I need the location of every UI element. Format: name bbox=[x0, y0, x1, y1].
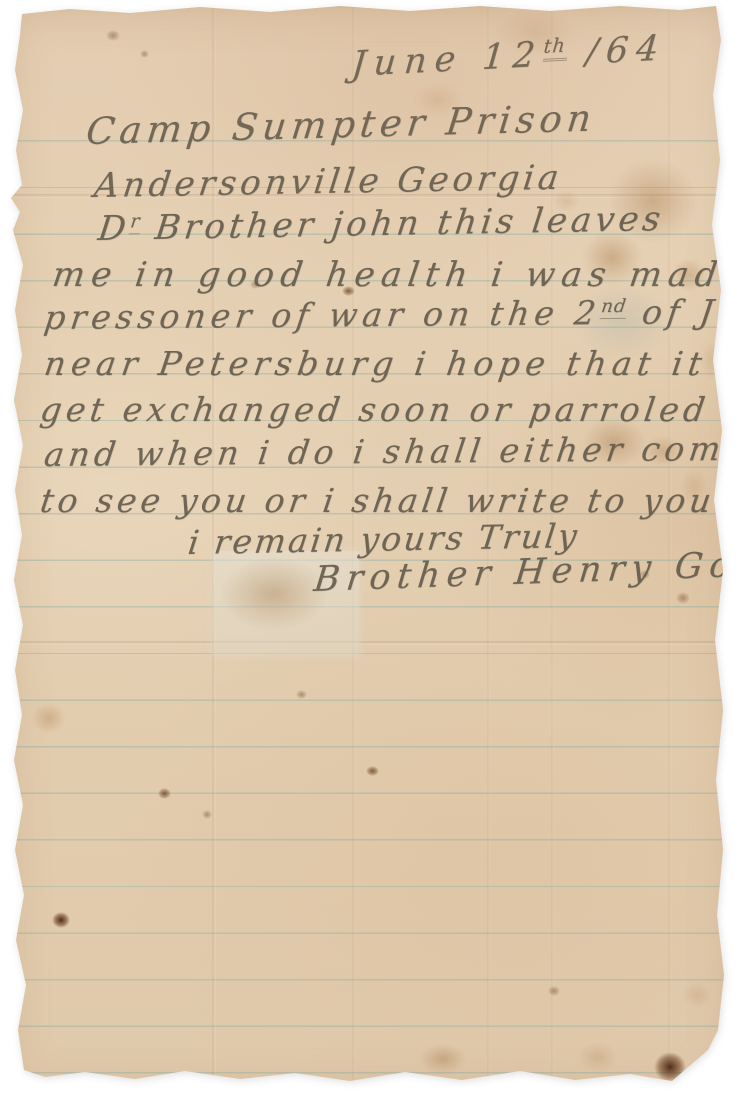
text-tail: Brother john this leaves bbox=[138, 199, 666, 248]
letter-line-body-7: to see you or i shall write to you bbox=[38, 483, 717, 519]
body-text: to see you or i shall write to you bbox=[38, 481, 718, 520]
stain bbox=[578, 1042, 618, 1072]
stain bbox=[202, 810, 212, 819]
stain bbox=[654, 1052, 686, 1082]
letter-line-heading-camp: Camp Sumpter Prison bbox=[84, 99, 598, 153]
fold-crease-horizontal bbox=[0, 641, 739, 645]
body-text: and when i do i shall either come bbox=[42, 429, 739, 474]
date-ordinal-superscript: th bbox=[542, 34, 568, 62]
body-text: D bbox=[96, 208, 132, 249]
letter-line-body-3: pressoner of war on the 2nd of June bbox=[42, 293, 739, 336]
heading-camp-text: Camp Sumpter Prison bbox=[84, 97, 598, 153]
stain bbox=[682, 982, 712, 1008]
stain bbox=[366, 766, 379, 776]
letter-line-body-4: near Petersburg i hope that it may bbox=[42, 346, 739, 382]
letter-line-date: June 12th /64 bbox=[350, 29, 668, 84]
letter-line-body-2: me in good health i was made bbox=[50, 257, 739, 294]
text-tail: of June bbox=[624, 291, 739, 332]
letter-page: June 12th /64 Camp Sumpter Prison Anders… bbox=[0, 0, 739, 1100]
stain bbox=[52, 912, 70, 928]
letter-line-heading-location: Andersonville Georgia bbox=[92, 160, 565, 206]
stain bbox=[676, 592, 690, 604]
body-text: get exchanged soon or parroled bbox=[38, 390, 712, 429]
stain bbox=[420, 1044, 466, 1074]
stain bbox=[296, 690, 307, 699]
body-text: pressoner of war on the 2 bbox=[42, 293, 603, 337]
date-year-text: /64 bbox=[565, 28, 668, 73]
heading-location-text: Andersonville Georgia bbox=[92, 158, 565, 206]
letter-line-body-5: get exchanged soon or parroled bbox=[38, 392, 712, 428]
letter-line-body-6: and when i do i shall either come bbox=[42, 431, 739, 473]
letter-paper-wrapper: June 12th /64 Camp Sumpter Prison Anders… bbox=[0, 0, 739, 1100]
stain bbox=[140, 50, 149, 58]
stain bbox=[32, 702, 66, 734]
stain bbox=[548, 986, 560, 996]
stain bbox=[158, 788, 171, 799]
scan-canvas: June 12th /64 Camp Sumpter Prison Anders… bbox=[0, 0, 739, 1100]
date-text: June 12 bbox=[350, 35, 545, 85]
stain bbox=[106, 30, 120, 41]
ordinal-superscript: nd bbox=[600, 296, 629, 319]
letter-line-body-1: Dr Brother john this leaves bbox=[96, 201, 666, 248]
body-text: near Petersburg i hope that it may bbox=[42, 344, 739, 383]
body-text: me in good health i was made bbox=[50, 255, 739, 295]
